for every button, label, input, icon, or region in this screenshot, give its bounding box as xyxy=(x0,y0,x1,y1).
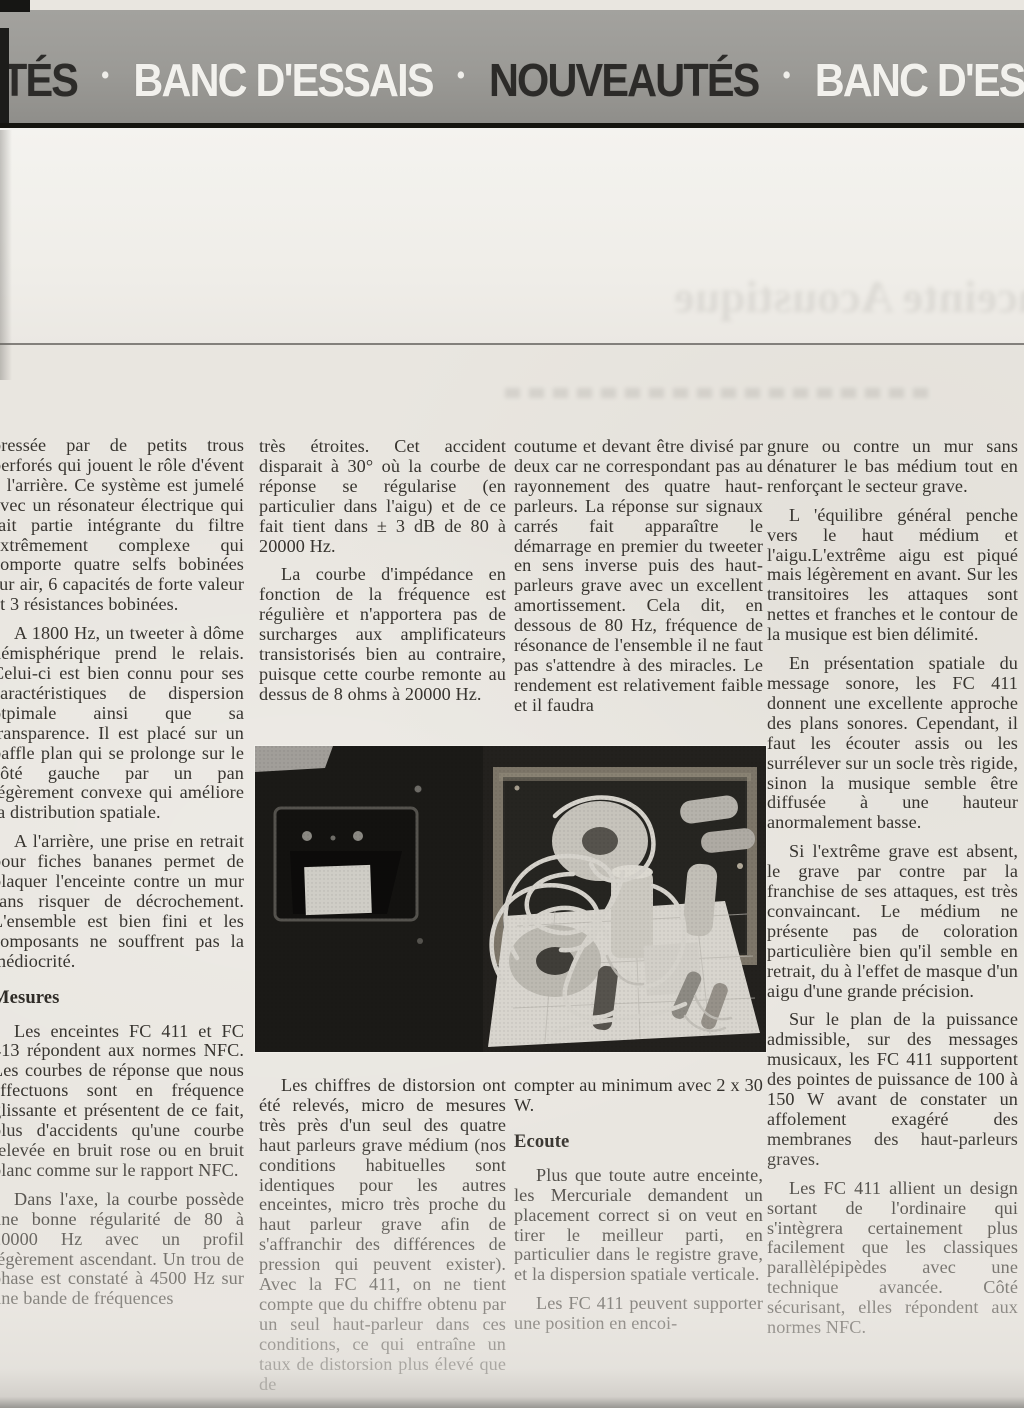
section-heading-ecoute: Ecoute xyxy=(514,1132,763,1152)
paragraph: compter au minimum avec 2 x 30 W. xyxy=(514,1076,763,1116)
scan-corner-mark xyxy=(0,0,30,12)
article-column-3-lower: compter au minimum avec 2 x 30 W. Ecoute… xyxy=(514,1076,763,1334)
article-top-hairline xyxy=(0,343,1024,345)
paragraph: très étroites. Cet accident disparait à … xyxy=(259,437,506,556)
bullet-separator-icon: • xyxy=(782,61,791,91)
paragraph: pressée par de petits trous perforés qui… xyxy=(0,436,244,615)
paragraph: Les chiffres de distorsion ont été relev… xyxy=(259,1076,506,1395)
paragraph: Les FC 411 peuvent supporter une positio… xyxy=(514,1294,763,1334)
banner-item-nouveautes-clipped: TÉS xyxy=(2,57,77,103)
bullet-separator-icon: • xyxy=(456,61,465,91)
paragraph: A l'arrière, une prise en retrait pour f… xyxy=(0,832,244,971)
paragraph: La courbe d'impédance en fonction de la … xyxy=(259,565,506,704)
paragraph: En présentation spatiale du message sono… xyxy=(767,654,1018,833)
paragraph: Les enceintes FC 411 et FC 413 répondent… xyxy=(0,1022,244,1181)
scan-edge-mark xyxy=(0,28,9,124)
article-column-4: gnure ou contre un mur sans dénaturer le… xyxy=(767,437,1018,1338)
banner-item-nouveautes: NOUVEAUTÉS xyxy=(489,57,759,103)
paragraph: L 'équilibre général penche vers le haut… xyxy=(767,506,1018,645)
paragraph: Plus que toute autre enceinte, les Mercu… xyxy=(514,1166,763,1285)
paragraph: coutume et devant être divisé par deux c… xyxy=(514,437,763,716)
speaker-crossover-photo-graphic xyxy=(255,746,766,1052)
paragraph: gnure ou contre un mur sans dénaturer le… xyxy=(767,437,1018,497)
paragraph: Sur le plan de la puissance admissible, … xyxy=(767,1010,1018,1169)
showthrough-ghost-caption xyxy=(505,388,935,398)
section-banner-strip: TÉS • BANC D'ESSAIS • NOUVEAUTÉS • BANC … xyxy=(2,57,1024,103)
paragraph: Les FC 411 allient un design sortant de … xyxy=(767,1179,1018,1338)
section-banner: TÉS • BANC D'ESSAIS • NOUVEAUTÉS • BANC … xyxy=(0,10,1024,123)
article-column-2-upper: très étroites. Cet accident disparait à … xyxy=(259,437,506,705)
bullet-separator-icon: • xyxy=(101,61,110,91)
banner-item-banc-dessais: BANC D'ESSAIS xyxy=(133,57,432,103)
speaker-crossover-photo xyxy=(255,746,766,1052)
paragraph: Si l'extrême grave est absent, le grave … xyxy=(767,842,1018,1001)
showthrough-ghost-title: Enceinte Acoustique xyxy=(374,270,1024,323)
article-column-2-lower: Les chiffres de distorsion ont été relev… xyxy=(259,1076,506,1395)
paragraph: Dans l'axe, la courbe possède une bonne … xyxy=(0,1190,244,1309)
banner-item-banc-dessais-2: BANC D'ESSAIS xyxy=(815,57,1024,103)
section-heading-mesures: Mesures xyxy=(0,988,244,1008)
paragraph: A 1800 Hz, un tweeter à dôme hémisphériq… xyxy=(0,624,244,823)
magazine-page: TÉS • BANC D'ESSAIS • NOUVEAUTÉS • BANC … xyxy=(0,0,1024,1408)
article-column-3-upper: coutume et devant être divisé par deux c… xyxy=(514,437,763,716)
article-column-1: pressée par de petits trous perforés qui… xyxy=(0,436,244,1309)
